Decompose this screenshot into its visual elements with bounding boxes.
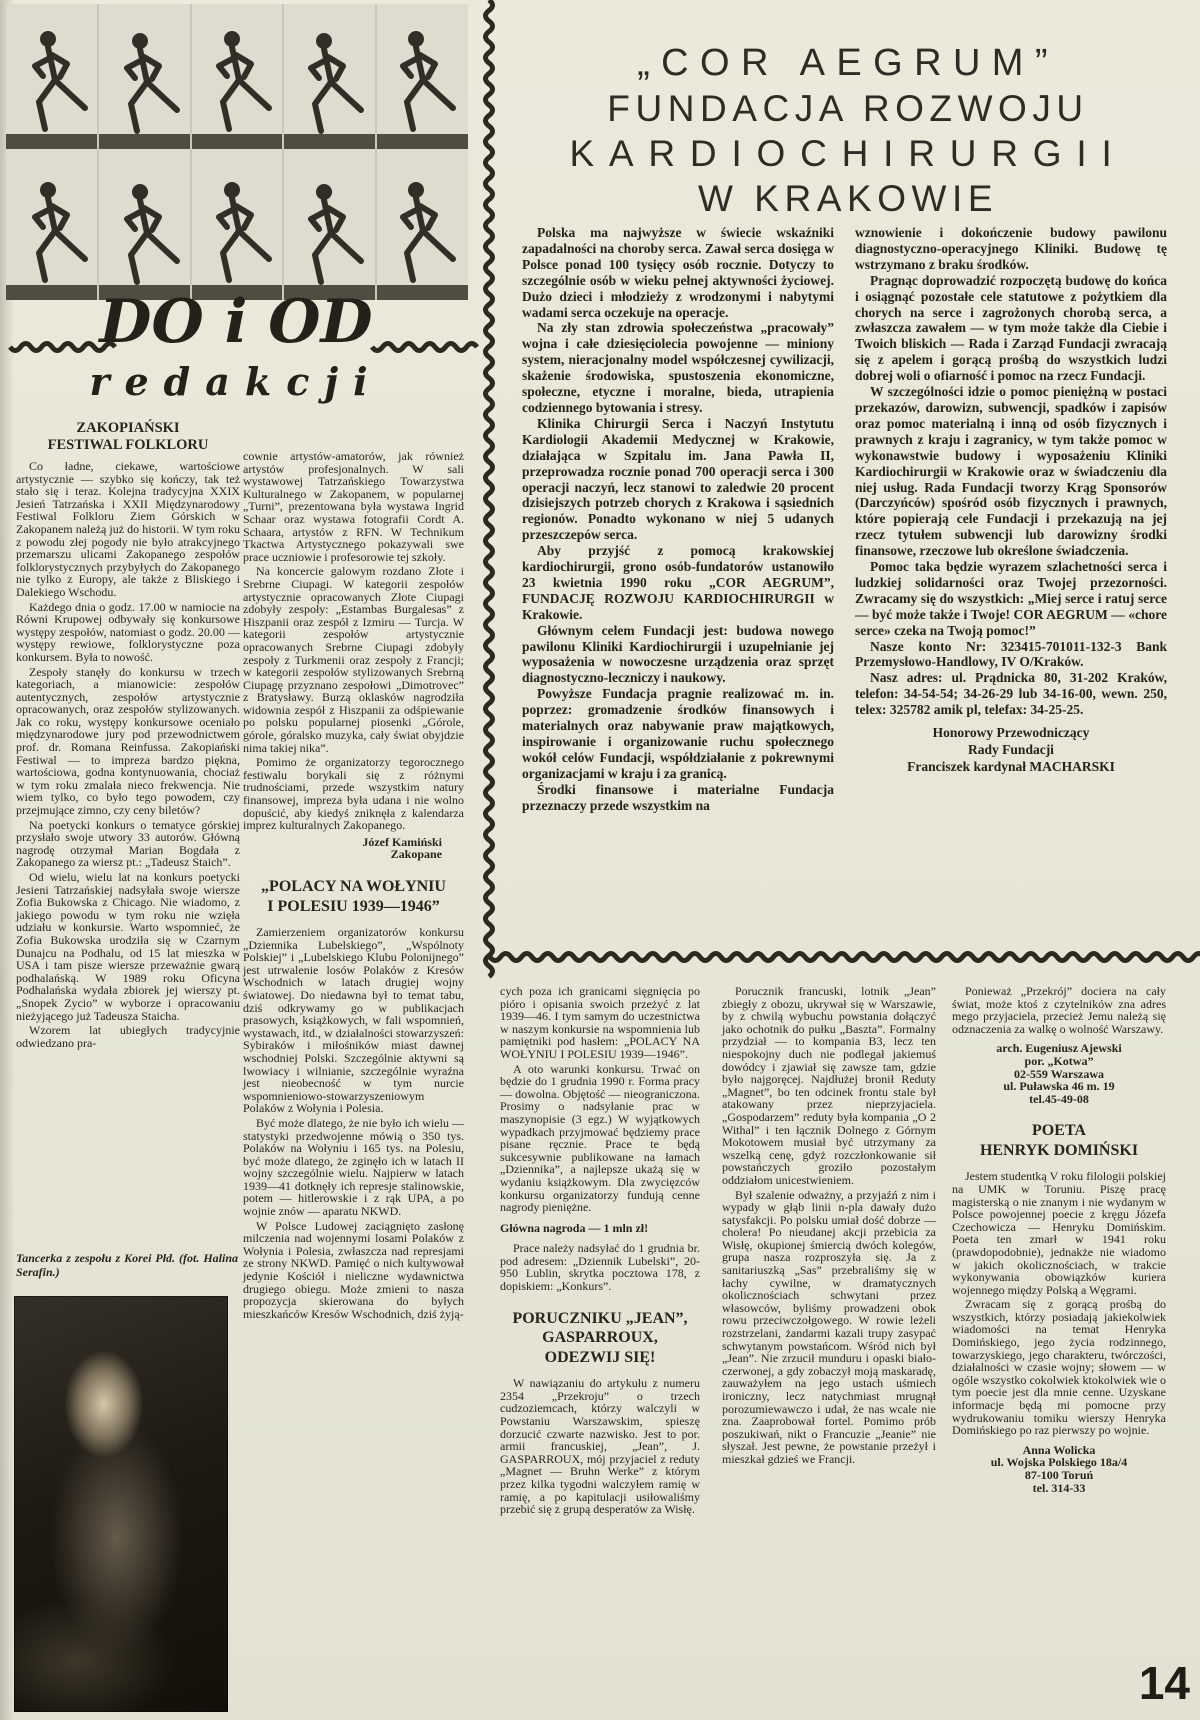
paragraph: Każdego dnia o godz. 17.00 w namiocie na… [16, 601, 240, 664]
paragraph: Na poetycki konkurs o tematyce górskiej … [16, 819, 240, 869]
main-prize-line: Główna nagroda — 1 mln zł! [500, 1222, 700, 1235]
wavy-rule-right [372, 340, 462, 354]
page-number: 14 [1120, 1656, 1190, 1710]
paragraph: Rady Fundacji [855, 741, 1167, 758]
paragraph: 87-100 Toruń [952, 1469, 1166, 1482]
cor-headline-line4: W KRAKOWIE [498, 176, 1198, 221]
paragraph: Pragnąc doprowadzić rozpoczętą budowę do… [855, 273, 1167, 384]
gasparroux-heading-line3: ODEZWIJ SIĘ! [545, 1349, 656, 1366]
paragraph: W szczególności idzie o pomoc pieniężną … [855, 384, 1167, 559]
paragraph: Powyższe Fundacja pragnie realizować m. … [522, 686, 834, 781]
paragraph: Środki finansowe i materialne Fundacja p… [522, 782, 834, 814]
paragraph: Porucznik francuski, lotnik „Jean” zbieg… [722, 985, 936, 1187]
festival-signature: Józef KamińskiZakopane [243, 836, 464, 861]
paragraph: Pomimo że organizatorzy tegorocznego fes… [243, 756, 464, 832]
gasparroux-heading-line2: GASPARROUX, [542, 1329, 658, 1346]
cor-headline-line3: KARDIOCHIRURGII [498, 131, 1198, 176]
column-2: cownie artystów-amatorów, jak również ar… [243, 450, 464, 1322]
festival-column-1: Co ładne, ciekawe, wartościowe artystycz… [16, 460, 240, 1051]
paragraph: tel. 314-33 [952, 1482, 1166, 1495]
cor-article-column-b: wznowienie i dokończenie budowy pawilonu… [855, 225, 1167, 775]
gasparroux-heading-line1: PORUCZNIKU „JEAN”, [512, 1310, 687, 1327]
paragraph: Jestem studentką V roku filologii polski… [952, 1170, 1166, 1296]
wolyn-submission-address: Prace należy nadsyłać do 1 grudnia br. p… [500, 1242, 700, 1292]
gasparroux-column-5-text: Ponieważ „Przekrój” dociera na cały świa… [952, 985, 1166, 1035]
ajewski-signature: arch. Eugeniusz Ajewskipor. „Kotwa”02-55… [952, 1042, 1166, 1105]
wolyn-article-heading: „POLACY NA WOŁYNIU I POLESIU 1939—1946” [243, 877, 464, 916]
cor-article-column-a: Polska ma najwyższe w świecie wskaźniki … [522, 225, 834, 814]
column-3: cych poza ich granicami sięgnięcia po pi… [500, 985, 700, 1518]
paragraph: cownie artystów-amatorów, jak również ar… [243, 450, 464, 563]
paragraph: Na zły stan zdrowia społeczeństwa „praco… [522, 320, 834, 415]
festival-heading-line1: ZAKOPIAŃSKI [16, 420, 240, 437]
cor-box-bottom-border [490, 950, 1200, 964]
dancer-photo [14, 1296, 228, 1712]
paragraph: Klinika Chirurgii Serca i Naczyń Instytu… [522, 416, 834, 543]
paragraph: Ponieważ „Przekrój” dociera na cały świa… [952, 985, 1166, 1035]
festival-article-heading: ZAKOPIAŃSKI FESTIWAL FOLKLORU [16, 420, 240, 454]
cor-box-left-border [482, 0, 496, 956]
gasparroux-heading: PORUCZNIKU „JEAN”, GASPARROUX, ODEZWIJ S… [500, 1309, 700, 1368]
paragraph: Pomoc taka będzie wyrazem szlachetności … [855, 559, 1167, 639]
column-4: Porucznik francuski, lotnik „Jean” zbieg… [722, 985, 936, 1468]
paragraph: Zwracam się z gorącą prośbą do wszystkic… [952, 1298, 1166, 1437]
cor-signature: Honorowy PrzewodniczącyRady FundacjiFran… [855, 724, 1167, 775]
photo-caption: Tancerka z zespołu z Korei Płd. (fot. Ha… [16, 1252, 238, 1279]
cor-column-b-text: wznowienie i dokończenie budowy pawilonu… [855, 225, 1167, 718]
paragraph: W nawiązaniu do artykułu z numeru 2354 „… [500, 1377, 700, 1516]
wolyn-heading-line2: I POLESIU 1939—1946” [267, 898, 439, 915]
poeta-heading-line2: HENRYK DOMIŃSKI [980, 1142, 1138, 1159]
paragraph: wznowienie i dokończenie budowy pawilonu… [855, 225, 1167, 273]
wolicka-signature: Anna Wolickaul. Wojska Polskiego 18a/487… [952, 1444, 1166, 1494]
paragraph: Polska ma najwyższe w świecie wskaźniki … [522, 225, 834, 320]
paragraph: tel.45-49-08 [952, 1093, 1166, 1106]
paragraph: Co ładne, ciekawe, wartościowe artystycz… [16, 460, 240, 599]
cor-headline-line2: FUNDACJA ROZWOJU [498, 86, 1198, 131]
paragraph: Od wielu, wielu lat na konkurs poetycki … [16, 871, 240, 1022]
cor-headline-line1: „COR AEGRUM” [498, 40, 1198, 86]
paragraph: Wzorem lat ubiegłych tradycyjnie odwiedz… [16, 1024, 240, 1049]
runners-filmstrip-photo [6, 4, 468, 300]
festival-column-2-text: cownie artystów-amatorów, jak również ar… [243, 450, 464, 832]
wolyn-column-3-text: cych poza ich granicami sięgnięcia po pi… [500, 985, 700, 1214]
paragraph: A oto warunki konkursu. Trwać on będzie … [500, 1063, 700, 1214]
paragraph: Nasz adres: ul. Prądnicka 80, 31-202 Kra… [855, 670, 1167, 718]
poeta-heading: POETA HENRYK DOMIŃSKI [952, 1121, 1166, 1160]
paragraph: Zespoły stanęły do konkursu w trzech kat… [16, 666, 240, 817]
festival-heading-line2: FESTIWAL FOLKLORU [16, 437, 240, 454]
paragraph: ul. Puławska 46 m. 19 [952, 1080, 1166, 1093]
paragraph: Franciszek kardynał MACHARSKI [855, 758, 1167, 775]
paragraph: cych poza ich granicami sięgnięcia po pi… [500, 985, 700, 1061]
cor-aegrum-headline: „COR AEGRUM” FUNDACJA ROZWOJU KARDIOCHIR… [498, 40, 1198, 221]
poeta-heading-line1: POETA [1032, 1122, 1086, 1139]
paragraph: Honorowy Przewodniczący [855, 724, 1167, 741]
paragraph: Prace należy nadsyłać do 1 grudnia br. p… [500, 1242, 700, 1292]
poeta-text: Jestem studentką V roku filologii polski… [952, 1170, 1166, 1436]
gasparroux-column-3-text: W nawiązaniu do artykułu z numeru 2354 „… [500, 1377, 700, 1516]
paragraph: W Polsce Ludowej zaciągnięto zasłonę mil… [243, 1220, 464, 1321]
paragraph: Zakopane [243, 848, 442, 861]
wolyn-column-2-text: Zamierzeniem organizatorów konkursu „Dzi… [243, 926, 464, 1320]
paragraph: Aby przyjść z pomocą krakowskiej kardioc… [522, 543, 834, 623]
paragraph: Głównym celem Fundacji jest: budowa nowe… [522, 623, 834, 687]
newspaper-page: DO i OD redakcji ZAKOPIAŃSKI FESTIWAL FO… [0, 0, 1200, 1720]
section-subtitle: redakcji [0, 358, 472, 406]
paragraph: Był szalenie odważny, a przyjaźń z nim i… [722, 1189, 936, 1466]
paragraph: Zamierzeniem organizatorów konkursu „Dzi… [243, 926, 464, 1115]
column-5: Ponieważ „Przekrój” dociera na cały świa… [952, 985, 1166, 1499]
paragraph: por. „Kotwa” [952, 1055, 1166, 1068]
paragraph: Nasze konto Nr: 323415-701011-132-3 Bank… [855, 639, 1167, 671]
paragraph: Na koncercie galowym rozdano Złote i Sre… [243, 565, 464, 754]
wolyn-heading-line1: „POLACY NA WOŁYNIU [261, 878, 446, 895]
paragraph: Być może dlatego, że nie było ich wielu … [243, 1117, 464, 1218]
